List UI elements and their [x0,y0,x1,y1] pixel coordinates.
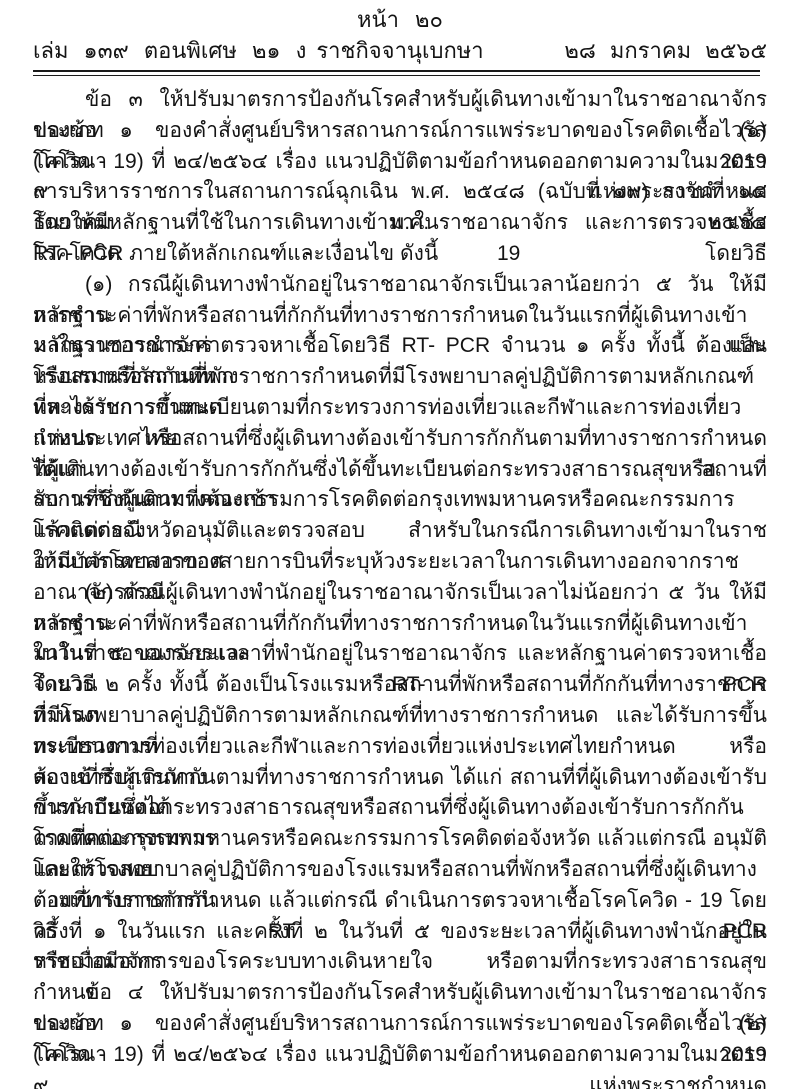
text-line: ของข้อ ๑ ของคำสั่งศูนย์บริหารสถานการณ์กา… [33,116,767,147]
text-line: (โควิด - 19) ที่ ๒๔/๒๕๖๔ เรื่อง แนวปฏิบั… [33,147,767,178]
double-rule-divider [33,70,760,76]
text-line: (๑) กรณีผู้เดินทางพำนักอยู่ในราชอาณาจักร… [33,270,767,301]
paragraph-clause-4: ข้อ ๔ ให้ปรับมาตรการป้องกันโรคสำหรับผู้เ… [33,978,767,1070]
text-line: โรคติดต่อกรุงเทพมหานครหรือคณะกรรมการโรคต… [33,824,767,855]
text-line: จำนวน ๒ ครั้ง ทั้งนี้ ต้องเป็นโรงแรมหรือ… [33,670,767,701]
text-line: การชำระค่าที่พักหรือสถานที่กักกันที่ทางร… [33,301,767,332]
text-line: โดยให้มีหลักฐานที่ใช้ในการเดินทางเข้ามาใ… [33,208,767,239]
text-line: ให้มีบัตรโดยสารของสายการบินที่ระบุห้วงระ… [33,547,767,578]
text-line: ที่มีโรงพยาบาลคู่ปฏิบัติการตามหลักเกณฑ์ท… [33,701,767,732]
text-line: ต้องเข้ารับการกักกันตามที่ทางราชการกำหนด… [33,763,767,794]
text-line: กำหนด หรือสถานที่ซึ่งผู้เดินทางต้องเข้าร… [33,424,767,455]
text-line: และได้รับการขึ้นทะเบียนตามที่กระทรวงการท… [33,393,767,424]
gazette-title: ราชกิจจานุเบกษา [316,37,483,65]
text-line: ในวันที่ ๕ ของระยะเวลาที่พำนักอยู่ในราชอ… [33,639,767,670]
text-line: การบริหารราชการในสถานการณ์ฉุกเฉิน พ.ศ. ๒… [33,177,767,208]
paragraph-clause-3: ข้อ ๓ ให้ปรับมาตรการป้องกันโรคสำหรับผู้เ… [33,85,767,270]
text-line: รับการกักกันตามที่คณะกรรมการโรคติดต่อกรุ… [33,485,767,516]
text-line: (๒) กรณีผู้เดินทางพำนักอยู่ในราชอาณาจักร… [33,578,767,609]
gazette-header-row: เล่ม ๑๓๙ ตอนพิเศษ ๒๑ ง ราชกิจจานุเบกษา ๒… [0,37,800,65]
text-line: ที่ผู้เดินทางต้องเข้ารับการกักกันซึ่งได้… [33,455,767,486]
text-line: ข้อ ๔ ให้ปรับมาตรการป้องกันโรคสำหรับผู้เ… [33,978,767,1009]
page-number: หน้า ๒๐ [0,0,800,34]
paragraph-item-2: (๒) กรณีผู้เดินทางพำนักอยู่ในราชอาณาจักร… [33,578,767,978]
volume-issue-label: เล่ม ๑๓๙ ตอนพิเศษ ๒๑ ง [33,37,316,65]
text-line: ขึ้นทะเบียนต่อกระทรวงสาธารณสุขหรือสถานที… [33,793,767,824]
text-line: หรือสถานที่กักกันที่ทางราชการกำหนดที่มีโ… [33,362,767,393]
text-line: หรือเมื่อมีอาการของโรคระบบทางเดินหายใจ ห… [33,947,767,978]
text-line: (โควิด - 19) ที่ ๒๔/๒๕๖๔ เรื่อง แนวปฏิบั… [33,1040,767,1071]
gazette-page: หน้า ๒๐ เล่ม ๑๓๙ ตอนพิเศษ ๒๑ ง ราชกิจจาน… [0,0,800,1089]
paragraph-item-1: (๑) กรณีผู้เดินทางพำนักอยู่ในราชอาณาจักร… [33,270,767,578]
text-line: การชำระค่าที่พักหรือสถานที่กักกันที่ทางร… [33,609,767,640]
text-line: หลักฐานการชำระค่าตรวจหาเชื้อโดยวิธี RT- … [33,331,767,362]
text-line: แล้วแต่กรณี อนุมัติและตรวจสอบ สำหรับในกร… [33,516,767,547]
text-line: ครั้งที่ ๑ ในวันแรก และครั้งที่ ๒ ในวันท… [33,917,767,948]
text-line: ตามที่ทางราชการกำหนด แล้วแต่กรณี ดำเนินก… [33,886,767,917]
text-line: ของข้อ ๑ ของคำสั่งศูนย์บริหารสถานการณ์กา… [33,1009,767,1040]
text-line: ข้อ ๓ ให้ปรับมาตรการป้องกันโรคสำหรับผู้เ… [33,85,767,116]
publication-date: ๒๘ มกราคม ๒๕๖๕ [484,37,767,65]
document-body: ข้อ ๓ ให้ปรับมาตรการป้องกันโรคสำหรับผู้เ… [33,85,767,1071]
text-line: โดยให้โรงพยาบาลคู่ปฏิบัติการของโรงแรมหรื… [33,855,767,886]
text-line: กระทรวงการท่องเที่ยวและกีฬาและการท่องเที… [33,732,767,763]
